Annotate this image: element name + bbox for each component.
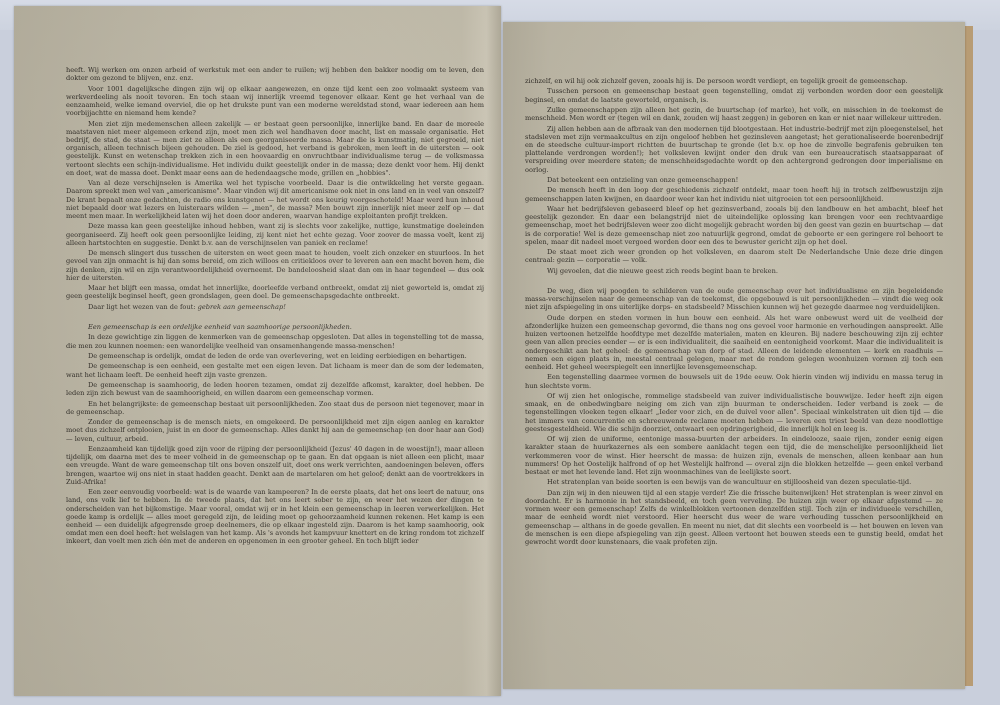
paragraph: De weg, dien wij poogden te schilderen v…: [525, 287, 943, 312]
paragraph: Voor 1001 dagelijksche dingen zijn wij o…: [66, 85, 484, 118]
paragraph: Dan zijn wij in den nieuwen tijd al een …: [525, 489, 943, 546]
paragraph: In deze gewichtige zin liggen de kenmerk…: [66, 333, 484, 349]
paragraph: heeft. Wij werken om onzen arbeid of wer…: [66, 66, 484, 82]
paragraph: Het stratenplan van beide soorten is een…: [525, 478, 943, 486]
paragraph: En het belangrijkste: de gemeenschap bes…: [66, 400, 484, 416]
paragraph: De mensch heeft in den loop der geschied…: [525, 186, 943, 202]
paragraph: Wij gevoelen, dat die nieuwe geest zich …: [525, 267, 943, 275]
page-edge: [965, 26, 973, 686]
paragraph: Een tegenstelling daarmee vormen de bouw…: [525, 373, 943, 389]
paragraph: Deze massa kan geen geestelijke inhoud h…: [66, 222, 484, 247]
paragraph: Zonder de gemeenschap is de mensch niets…: [66, 418, 484, 443]
paragraph: Men ziet zijn medemenschen alleen zakeli…: [66, 120, 484, 177]
paragraph: Waar het bedrijfsleven gebaseerd bleef o…: [525, 205, 943, 246]
emphasis: gebrek aan gemeenschap!: [198, 303, 286, 311]
paragraph: Eenzaamheid kan tijdelijk goed zijn voor…: [66, 445, 484, 486]
paragraph: Of wij zien de uniforme, eentonige massa…: [525, 435, 943, 476]
left-page: heeft. Wij werken om onzen arbeid of wer…: [14, 6, 501, 696]
paragraph: zichzelf, en wil hij ook zichzelf geven,…: [525, 77, 943, 85]
paragraph: Of wij zien het onlogische, rommelige st…: [525, 392, 943, 433]
paragraph: De mensch slingert dus tusschen de uiter…: [66, 249, 484, 282]
paragraph: Maar het blijft een massa, omdat het inn…: [66, 284, 484, 300]
paragraph: Zulke gemeenschappen zijn alleen het gez…: [525, 106, 943, 122]
right-page: zichzelf, en wil hij ook zichzelf geven,…: [503, 22, 965, 689]
paragraph: Daar ligt het wezen van de fout: gebrek …: [66, 303, 484, 311]
paragraph: Oude dorpen en steden vormen in hun bouw…: [525, 314, 943, 371]
paragraph: De staat moet zich weer gronden op het v…: [525, 248, 943, 264]
paragraph: De gemeenschap is ordelijk, omdat de led…: [66, 352, 484, 360]
paragraph: Een zeer eenvoudig voorbeeld: wat is de …: [66, 488, 484, 545]
paragraph: Dat beteekent een ontzieling van onze ge…: [525, 176, 943, 184]
paragraph: Tusschen persoon en gemeenschap bestaat …: [525, 87, 943, 103]
left-page-text: heeft. Wij werken om onzen arbeid of wer…: [66, 66, 484, 548]
right-page-text: zichzelf, en wil hij ook zichzelf geven,…: [525, 77, 943, 548]
paragraph: Zij allen hebben aan de afbraak van den …: [525, 125, 943, 174]
paragraph: Van al deze verschijnselen is Amerika we…: [66, 179, 484, 220]
paragraph: De gemeenschap is saamhoorig, de leden h…: [66, 381, 484, 397]
paragraph: Een gemeenschap is een ordelijke eenheid…: [66, 323, 484, 331]
paragraph: De gemeenschap is een eenheid, een gesta…: [66, 362, 484, 378]
